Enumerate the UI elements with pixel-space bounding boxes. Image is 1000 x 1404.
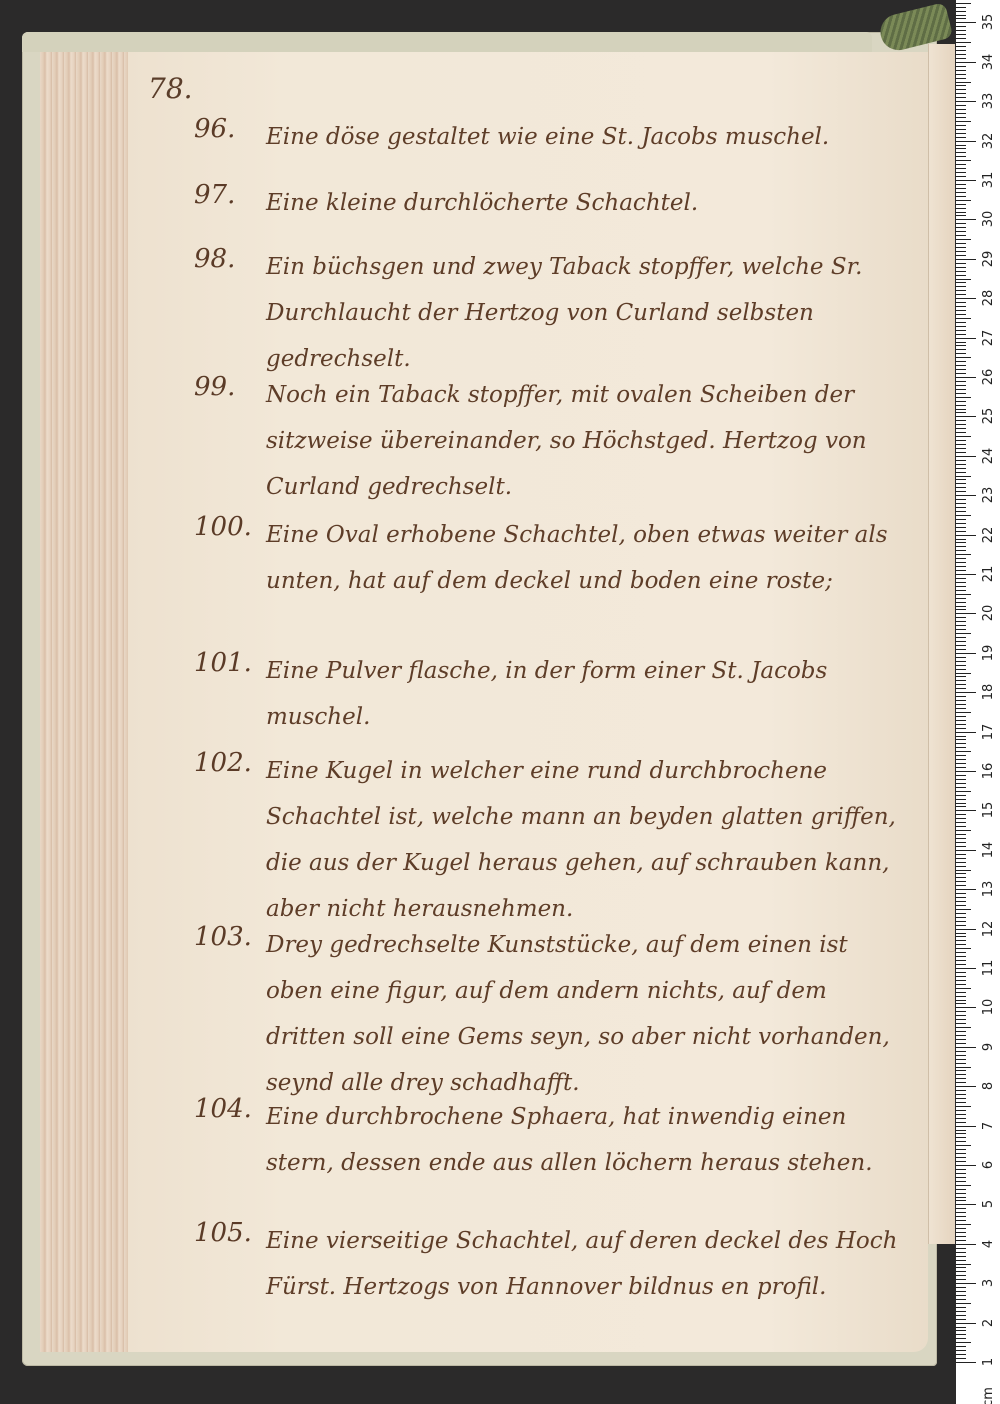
ruler-minor-tick: [956, 89, 966, 90]
ruler-unit-label: cm: [982, 1386, 996, 1404]
ruler-minor-tick: [956, 724, 966, 725]
ruler-minor-tick: [956, 164, 966, 165]
ruler-minor-tick: [956, 369, 966, 370]
entry-text: Eine vierseitige Schachtel, auf deren de…: [266, 1218, 906, 1310]
ruler-minor-tick: [956, 208, 966, 209]
entry-text: Drey gedrechselte Kunststücke, auf dem e…: [266, 922, 906, 1106]
ruler-minor-tick: [956, 1200, 966, 1201]
ruler-minor-tick: [956, 1133, 966, 1134]
ruler-major-tick: [956, 1283, 976, 1284]
ruler-minor-tick: [956, 82, 971, 83]
ruler-minor-tick: [956, 7, 966, 8]
ruler-minor-tick: [956, 239, 971, 240]
ruler-minor-tick: [956, 334, 966, 335]
entry-text: Eine Kugel in welcher eine rund durchbro…: [266, 748, 906, 932]
page-content: 78. 96. Eine döse gestaltet wie eine St.…: [128, 52, 928, 1352]
ruler-minor-tick: [956, 992, 966, 993]
ruler-label: 10: [982, 996, 996, 1018]
ruler-minor-tick: [956, 909, 971, 910]
ruler-minor-tick: [956, 783, 966, 784]
ruler-label: 1: [982, 1351, 996, 1373]
ruler-minor-tick: [956, 1232, 966, 1233]
ruler-minor-tick: [956, 168, 966, 169]
ruler-minor-tick: [956, 460, 966, 461]
ruler-minor-tick: [956, 1055, 966, 1056]
ruler-major-tick: [956, 1165, 976, 1166]
ruler-label: 31: [982, 169, 996, 191]
ruler-major-tick: [956, 810, 976, 811]
ruler-minor-tick: [956, 866, 966, 867]
ruler-minor-tick: [956, 1090, 966, 1091]
ruler-minor-tick: [956, 598, 966, 599]
ruler-minor-tick: [956, 590, 966, 591]
ruler-minor-tick: [956, 1063, 966, 1064]
ruler-minor-tick: [956, 1240, 966, 1241]
ruler-minor-tick: [956, 184, 966, 185]
ruler-minor-tick: [956, 483, 966, 484]
ruler-minor-tick: [956, 617, 966, 618]
ruler-minor-tick: [956, 440, 966, 441]
ruler-minor-tick: [956, 448, 966, 449]
ruler-minor-tick: [956, 1035, 966, 1036]
ruler-minor-tick: [956, 1358, 966, 1359]
ruler-minor-tick: [956, 814, 966, 815]
ruler-minor-tick: [956, 235, 966, 236]
ruler-minor-tick: [956, 432, 966, 433]
ruler-minor-tick: [956, 531, 966, 532]
ruler-minor-tick: [956, 1082, 966, 1083]
next-leaf-edge: [928, 44, 955, 1244]
ruler-major-tick: [956, 929, 976, 930]
ruler-minor-tick: [956, 870, 971, 871]
ruler-minor-tick: [956, 747, 966, 748]
ruler-minor-tick: [956, 1141, 966, 1142]
ruler-minor-tick: [956, 196, 966, 197]
ruler-minor-tick: [956, 306, 966, 307]
ruler-minor-tick: [956, 964, 966, 965]
ruler-minor-tick: [956, 1039, 966, 1040]
ruler-minor-tick: [956, 318, 971, 319]
ruler-minor-tick: [956, 1122, 966, 1123]
ruler-minor-tick: [956, 1228, 966, 1229]
ruler-label: 15: [982, 799, 996, 821]
ruler-minor-tick: [956, 885, 966, 886]
ruler-minor-tick: [956, 775, 966, 776]
ruler-minor-tick: [956, 641, 966, 642]
entry-number: 99.: [194, 372, 235, 402]
ruler-major-tick: [956, 377, 976, 378]
ruler-major-tick: [956, 141, 976, 142]
ruler-minor-tick: [956, 342, 966, 343]
ruler-minor-tick: [956, 759, 966, 760]
ruler-minor-tick: [956, 215, 966, 216]
ruler-minor-tick: [956, 586, 966, 587]
ruler-minor-tick: [956, 952, 966, 953]
ruler-major-tick: [956, 180, 976, 181]
ruler-minor-tick: [956, 353, 966, 354]
ruler-major-tick: [956, 495, 976, 496]
ruler-minor-tick: [956, 1327, 966, 1328]
ruler-minor-tick: [956, 779, 966, 780]
ruler-minor-tick: [956, 1161, 966, 1162]
ruler-minor-tick: [956, 405, 966, 406]
ruler-minor-tick: [956, 93, 966, 94]
ruler-major-tick: [956, 968, 976, 969]
ruler-label: 24: [982, 445, 996, 467]
ruler-minor-tick: [956, 1051, 966, 1052]
ruler-minor-tick: [956, 1059, 966, 1060]
ruler-minor-tick: [956, 401, 966, 402]
ruler-minor-tick: [956, 1311, 966, 1312]
ruler-minor-tick: [956, 1149, 966, 1150]
ruler-minor-tick: [956, 523, 966, 524]
ruler-minor-tick: [956, 645, 966, 646]
ruler-minor-tick: [956, 192, 966, 193]
ruler-minor-tick: [956, 314, 966, 315]
ruler-label: 20: [982, 602, 996, 624]
ruler-minor-tick: [956, 66, 966, 67]
ruler-minor-tick: [956, 385, 966, 386]
ruler-minor-tick: [956, 1145, 971, 1146]
ruler-minor-tick: [956, 1256, 966, 1257]
ruler-major-tick: [956, 1362, 976, 1363]
ruler-label: 17: [982, 721, 996, 743]
entry-number: 105.: [194, 1218, 252, 1248]
ruler-minor-tick: [956, 275, 966, 276]
ruler-minor-tick: [956, 137, 966, 138]
ruler-label: 16: [982, 760, 996, 782]
ruler-minor-tick: [956, 550, 966, 551]
ruler-minor-tick: [956, 1248, 966, 1249]
ruler-minor-tick: [956, 704, 966, 705]
entry-text: Noch ein Taback stopffer, mit ovalen Sch…: [266, 372, 906, 510]
ruler-minor-tick: [956, 117, 966, 118]
ruler-minor-tick: [956, 799, 966, 800]
entry-number: 97.: [194, 180, 235, 210]
ruler-minor-tick: [956, 472, 966, 473]
ruler-minor-tick: [956, 54, 966, 55]
ruler-minor-tick: [956, 739, 966, 740]
ruler-minor-tick: [956, 736, 966, 737]
ruler-minor-tick: [956, 85, 966, 86]
ruler-minor-tick: [956, 105, 966, 106]
ruler-minor-tick: [956, 751, 971, 752]
ruler-minor-tick: [956, 34, 966, 35]
ruler-minor-tick: [956, 286, 966, 287]
ruler-minor-tick: [956, 412, 966, 413]
ruler-minor-tick: [956, 464, 966, 465]
ruler-minor-tick: [956, 1102, 966, 1103]
ruler-minor-tick: [956, 665, 966, 666]
ruler-label: 19: [982, 642, 996, 664]
ruler-minor-tick: [956, 58, 966, 59]
ruler-major-tick: [956, 416, 976, 417]
ruler-minor-tick: [956, 680, 966, 681]
ruler-minor-tick: [956, 554, 971, 555]
ruler-label: 27: [982, 327, 996, 349]
ruler-minor-tick: [956, 893, 966, 894]
ruler-minor-tick: [956, 1264, 971, 1265]
ruler-minor-tick: [956, 578, 966, 579]
ruler-minor-tick: [956, 227, 966, 228]
ruler-minor-tick: [956, 755, 966, 756]
ruler-minor-tick: [956, 803, 966, 804]
ruler-minor-tick: [956, 42, 971, 43]
ruler-minor-tick: [956, 511, 966, 512]
ruler-minor-tick: [956, 46, 966, 47]
ruler-minor-tick: [956, 420, 966, 421]
ruler-minor-tick: [956, 1354, 966, 1355]
ruler-label: 33: [982, 90, 996, 112]
ruler-minor-tick: [956, 877, 966, 878]
ruler-minor-tick: [956, 936, 966, 937]
ruler-minor-tick: [956, 637, 966, 638]
ruler-minor-tick: [956, 826, 966, 827]
ruler-minor-tick: [956, 330, 966, 331]
ruler-label: 34: [982, 51, 996, 73]
ruler-minor-tick: [956, 1169, 966, 1170]
ruler-minor-tick: [956, 1271, 966, 1272]
ruler-minor-tick: [956, 519, 966, 520]
ruler-label: 29: [982, 248, 996, 270]
ruler-minor-tick: [956, 858, 966, 859]
ruler-major-tick: [956, 1126, 976, 1127]
ruler-minor-tick: [956, 1275, 966, 1276]
ruler-label: 22: [982, 524, 996, 546]
ruler-minor-tick: [956, 1319, 966, 1320]
ruler-minor-tick: [956, 373, 966, 374]
ruler-minor-tick: [956, 26, 966, 27]
ruler-minor-tick: [956, 282, 966, 283]
ruler-minor-tick: [956, 1267, 966, 1268]
ruler-label: 23: [982, 484, 996, 506]
ruler-minor-tick: [956, 527, 966, 528]
ruler-minor-tick: [956, 109, 966, 110]
ruler-major-tick: [956, 219, 976, 220]
ruler-minor-tick: [956, 602, 966, 603]
ruler-label: 4: [982, 1233, 996, 1255]
ruler-minor-tick: [956, 349, 966, 350]
ruler-minor-tick: [956, 728, 966, 729]
ruler-minor-tick: [956, 676, 966, 677]
ruler-minor-tick: [956, 476, 971, 477]
ruler-major-tick: [956, 889, 976, 890]
ruler-minor-tick: [956, 1346, 966, 1347]
ruler-minor-tick: [956, 424, 966, 425]
entry-number: 104.: [194, 1094, 252, 1124]
ruler-minor-tick: [956, 515, 971, 516]
ruler-minor-tick: [956, 1098, 966, 1099]
ruler-minor-tick: [956, 980, 966, 981]
ruler-major-tick: [956, 692, 976, 693]
ruler-minor-tick: [956, 822, 966, 823]
ruler-minor-tick: [956, 830, 971, 831]
ruler-minor-tick: [956, 251, 966, 252]
ruler-minor-tick: [956, 917, 966, 918]
ruler-minor-tick: [956, 18, 966, 19]
ruler-minor-tick: [956, 629, 966, 630]
ruler-minor-tick: [956, 78, 966, 79]
ruler-minor-tick: [956, 247, 966, 248]
ruler-minor-tick: [956, 1252, 966, 1253]
ruler-major-tick: [956, 1244, 976, 1245]
ruler-minor-tick: [956, 1118, 966, 1119]
ruler-major-tick: [956, 1007, 976, 1008]
ruler-minor-tick: [956, 842, 966, 843]
ruler-minor-tick: [956, 255, 966, 256]
ruler-label: 18: [982, 681, 996, 703]
ruler-label: 8: [982, 1075, 996, 1097]
ruler-major-tick: [956, 1323, 976, 1324]
ruler-minor-tick: [956, 1307, 966, 1308]
ruler-minor-tick: [956, 212, 966, 213]
cm-ruler: 3534333231302928272625242322212019181716…: [956, 0, 1000, 1404]
ruler-minor-tick: [956, 204, 966, 205]
ruler-minor-tick: [956, 1114, 966, 1115]
ruler-minor-tick: [956, 925, 966, 926]
ruler-minor-tick: [956, 1027, 971, 1028]
ruler-major-tick: [956, 456, 976, 457]
ruler-major-tick: [956, 771, 976, 772]
ruler-minor-tick: [956, 921, 966, 922]
ruler-minor-tick: [956, 70, 966, 71]
ruler-minor-tick: [956, 1078, 966, 1079]
ruler-minor-tick: [956, 1236, 966, 1237]
ruler-minor-tick: [956, 1220, 966, 1221]
ruler-minor-tick: [956, 279, 971, 280]
ruler-minor-tick: [956, 322, 966, 323]
ruler-label: 30: [982, 208, 996, 230]
ruler-minor-tick: [956, 988, 971, 989]
ruler-minor-tick: [956, 302, 966, 303]
ruler-minor-tick: [956, 795, 966, 796]
ruler-minor-tick: [956, 200, 971, 201]
ruler-minor-tick: [956, 1015, 966, 1016]
ruler-major-tick: [956, 535, 976, 536]
ruler-minor-tick: [956, 1157, 966, 1158]
ruler-minor-tick: [956, 1224, 971, 1225]
ruler-minor-tick: [956, 720, 966, 721]
ruler-minor-tick: [956, 1338, 966, 1339]
ruler-minor-tick: [956, 1130, 966, 1131]
entry-number: 103.: [194, 922, 252, 952]
ruler-label: 26: [982, 366, 996, 388]
entry-text: Eine Oval erhobene Schachtel, oben etwas…: [266, 512, 906, 604]
ruler-minor-tick: [956, 688, 966, 689]
ruler-minor-tick: [956, 409, 966, 410]
ruler-minor-tick: [956, 594, 971, 595]
ruler-minor-tick: [956, 97, 966, 98]
ruler-minor-tick: [956, 933, 966, 934]
ruler-minor-tick: [956, 452, 966, 453]
ruler-minor-tick: [956, 345, 966, 346]
ruler-minor-tick: [956, 1003, 966, 1004]
ruler-minor-tick: [956, 310, 966, 311]
entry-text: Ein büchsgen und zwey Taback stopffer, w…: [266, 244, 906, 382]
ruler-minor-tick: [956, 121, 971, 122]
ruler-minor-tick: [956, 381, 966, 382]
ruler-minor-tick: [956, 582, 966, 583]
ruler-minor-tick: [956, 243, 966, 244]
ruler-minor-tick: [956, 972, 966, 973]
ruler-minor-tick: [956, 743, 966, 744]
ruler-minor-tick: [956, 30, 966, 31]
ruler-minor-tick: [956, 1043, 966, 1044]
ruler-minor-tick: [956, 503, 966, 504]
ruler-minor-tick: [956, 156, 966, 157]
ruler-minor-tick: [956, 661, 966, 662]
ruler-minor-tick: [956, 1303, 971, 1304]
ruler-minor-tick: [956, 499, 966, 500]
ruler-label: 28: [982, 287, 996, 309]
ruler-minor-tick: [956, 984, 966, 985]
ruler-minor-tick: [956, 393, 966, 394]
ruler-minor-tick: [956, 389, 966, 390]
ruler-minor-tick: [956, 948, 971, 949]
ruler-minor-tick: [956, 566, 966, 567]
ruler-minor-tick: [956, 1137, 966, 1138]
ruler-major-tick: [956, 1204, 976, 1205]
ruler-minor-tick: [956, 1216, 966, 1217]
ruler-minor-tick: [956, 708, 966, 709]
ruler-minor-tick: [956, 633, 971, 634]
ruler-minor-tick: [956, 649, 966, 650]
ruler-label: 13: [982, 878, 996, 900]
ruler-minor-tick: [956, 838, 966, 839]
ruler-minor-tick: [956, 152, 966, 153]
ruler-minor-tick: [956, 188, 966, 189]
ruler-label: 11: [982, 957, 996, 979]
ruler-label: 2: [982, 1312, 996, 1334]
ruler-minor-tick: [956, 854, 966, 855]
ruler-major-tick: [956, 613, 976, 614]
entry-number: 96.: [194, 114, 235, 144]
ruler-minor-tick: [956, 160, 971, 161]
ruler-minor-tick: [956, 1000, 966, 1001]
ruler-minor-tick: [956, 791, 971, 792]
ruler-minor-tick: [956, 570, 966, 571]
ruler-major-tick: [956, 298, 976, 299]
ruler-label: 35: [982, 11, 996, 33]
ruler-minor-tick: [956, 956, 966, 957]
ruler-major-tick: [956, 22, 976, 23]
entry-text: Eine kleine durchlöcherte Schachtel.: [266, 180, 906, 226]
ruler-minor-tick: [956, 491, 966, 492]
entry-text: Eine döse gestaltet wie eine St. Jacobs …: [266, 114, 906, 160]
ruler-label: 6: [982, 1154, 996, 1176]
ruler-major-tick: [956, 101, 976, 102]
ruler-minor-tick: [956, 862, 966, 863]
ruler-minor-tick: [956, 365, 966, 366]
ruler-minor-tick: [956, 487, 966, 488]
ruler-minor-tick: [956, 558, 966, 559]
ruler-label: 32: [982, 130, 996, 152]
ruler-minor-tick: [956, 818, 966, 819]
ruler-minor-tick: [956, 50, 966, 51]
ruler-minor-tick: [956, 176, 966, 177]
ruler-minor-tick: [956, 263, 966, 264]
ruler-minor-tick: [956, 428, 966, 429]
ruler-minor-tick: [956, 669, 966, 670]
ruler-minor-tick: [956, 716, 966, 717]
ruler-minor-tick: [956, 1197, 966, 1198]
ruler-minor-tick: [956, 326, 966, 327]
ruler-minor-tick: [956, 1260, 966, 1261]
ruler-minor-tick: [956, 290, 966, 291]
ruler-minor-tick: [956, 1295, 966, 1296]
ruler-label: 5: [982, 1193, 996, 1215]
ruler-minor-tick: [956, 172, 966, 173]
